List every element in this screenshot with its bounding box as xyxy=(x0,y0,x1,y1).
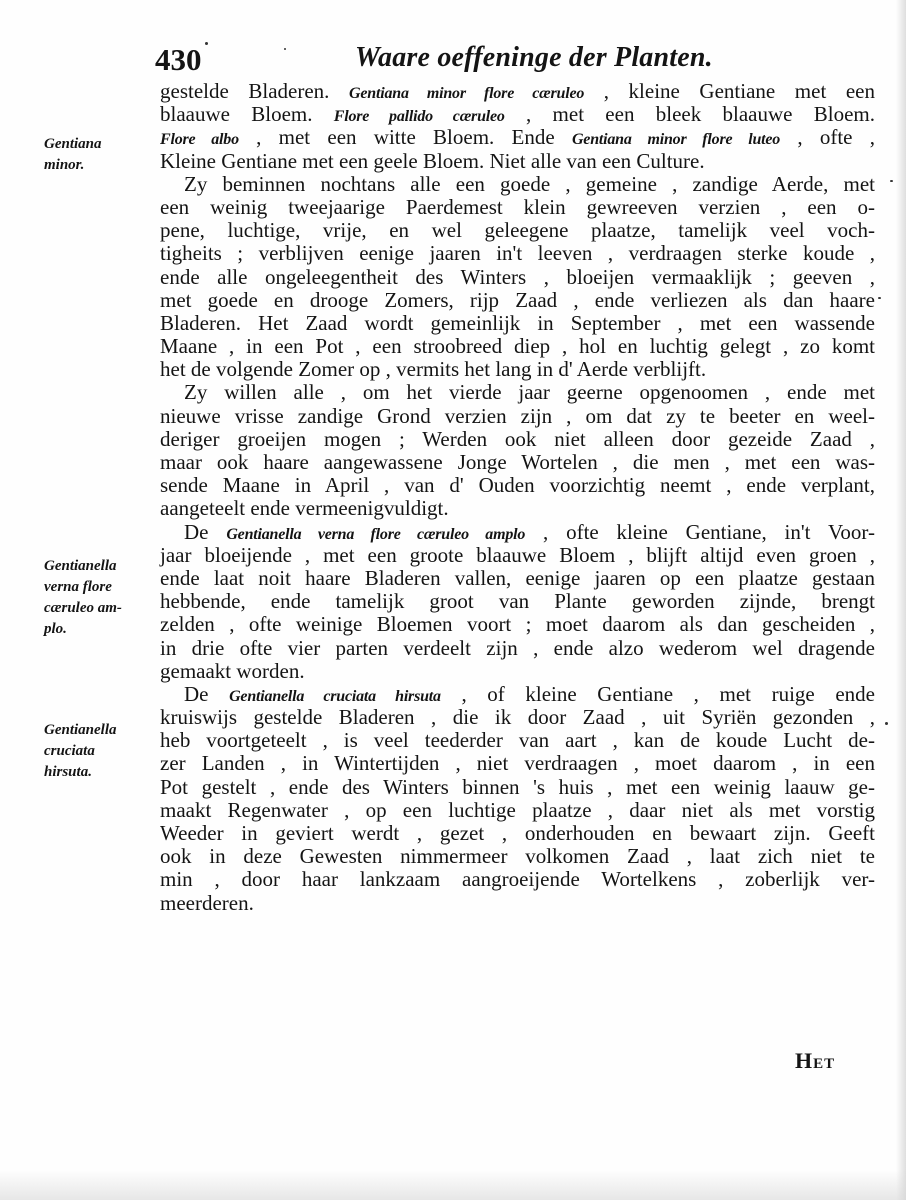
latin-name: Flore albo xyxy=(160,131,239,148)
text-line: gemaakt worden. xyxy=(160,660,875,683)
ink-speck xyxy=(878,297,881,299)
ink-speck xyxy=(885,722,888,725)
text-run: Weeder in geviert werdt , gezet , onderh… xyxy=(160,821,875,845)
text-run: aangeteelt ende vermeenigvuldigt. xyxy=(160,496,449,520)
text-run: ende laat noit haare Bladeren vallen, ee… xyxy=(160,566,875,590)
text-run: heb voortgeteelt , is veel teederder van… xyxy=(160,728,875,752)
text-run: nieuwe vrisse zandige Grond verzien zijn… xyxy=(160,404,875,428)
text-line: blaauwe Bloem. Flore pallido cæruleo , m… xyxy=(160,103,875,126)
text-run: zer Landen , in Wintertijden , niet verd… xyxy=(160,751,875,775)
text-run: gestelde Bladeren. xyxy=(160,79,349,103)
text-line: maakt Regenwater , op een luchtige plaat… xyxy=(160,799,875,822)
page-number: 430 xyxy=(155,42,202,78)
text-run: een weinig tweejaarige Paerdemest klein … xyxy=(160,195,875,219)
text-run: het de volgende Zomer op , vermits het l… xyxy=(160,357,706,381)
text-line: ende alle ongeleegentheit des Winters , … xyxy=(160,266,875,289)
text-run: , kleine Gentiane met een xyxy=(584,79,875,103)
margin-note-gentiana-minor: Gentiana minor. xyxy=(44,134,154,176)
latin-name: Gentiana minor flore luteo xyxy=(572,131,780,148)
ink-speck xyxy=(205,42,208,45)
text-run: pene, luchtige, vrije, en wel geleegene … xyxy=(160,218,875,242)
text-line: zelden , ofte weinige Bloemen voort ; mo… xyxy=(160,613,875,636)
text-line: min , door haar lankzaam aangroeijende W… xyxy=(160,868,875,891)
text-line: hebbende, ende tamelijk groot van Plante… xyxy=(160,590,875,613)
page-header: 430 Waare oeffeninge der Planten. xyxy=(155,42,895,82)
text-run: deriger groeijen mogen ; Werden ook niet… xyxy=(160,427,875,451)
text-run: , met een witte Bloem. Ende xyxy=(239,125,572,149)
text-run: , of kleine Gentiane , met ruige ende xyxy=(441,682,875,706)
catchword: Het xyxy=(795,1048,835,1074)
text-line: ende laat noit haare Bladeren vallen, ee… xyxy=(160,567,875,590)
margin-note-line: hirsuta. xyxy=(44,762,154,783)
text-run: maakt Regenwater , op een luchtige plaat… xyxy=(160,798,875,822)
text-run: , ofte kleine Gentiane, in't Voor- xyxy=(525,520,875,544)
page-edge-shadow xyxy=(896,0,906,1200)
text-line: meerderen. xyxy=(160,892,875,915)
text-line: sende Maane in April , van d' Ouden voor… xyxy=(160,474,875,497)
text-line: kruiswijs gestelde Bladeren , die ik doo… xyxy=(160,706,875,729)
margin-note-line: Gentianella xyxy=(44,556,154,577)
text-run: maar ook haare aangewassene Jonge Wortel… xyxy=(160,450,875,474)
text-run: ook in deze Gewesten nimmermeer volkomen… xyxy=(160,844,875,868)
text-line: Zy beminnen nochtans alle een goede , ge… xyxy=(160,173,875,196)
text-run: in drie ofte vier parten verdeelt zijn ,… xyxy=(160,636,875,660)
margin-note-line: plo. xyxy=(44,619,154,640)
text-run: Zy willen alle , om het vierde jaar geer… xyxy=(184,380,875,404)
text-run: Maane , in een Pot , een stroobreed diep… xyxy=(160,334,875,358)
text-run: De xyxy=(184,520,226,544)
margin-note-gentianella-verna: Gentianella verna flore cæruleo am- plo. xyxy=(44,556,154,640)
text-line: maar ook haare aangewassene Jonge Wortel… xyxy=(160,451,875,474)
text-line: Bladeren. Het Zaad wordt gemeinlijk in S… xyxy=(160,312,875,335)
text-run: De xyxy=(184,682,229,706)
text-line: gestelde Bladeren. Gentiana minor flore … xyxy=(160,80,875,103)
text-line: aangeteelt ende vermeenigvuldigt. xyxy=(160,497,875,520)
text-line: zer Landen , in Wintertijden , niet verd… xyxy=(160,752,875,775)
ink-speck xyxy=(890,180,893,182)
text-line: Weeder in geviert werdt , gezet , onderh… xyxy=(160,822,875,845)
text-run: gemaakt worden. xyxy=(160,659,305,683)
text-line: jaar bloeijende , met een groote blaauwe… xyxy=(160,544,875,567)
text-run: Bladeren. Het Zaad wordt gemeinlijk in S… xyxy=(160,311,875,335)
margin-note-gentianella-cruciata: Gentianella cruciata hirsuta. xyxy=(44,720,154,783)
latin-name: Gentianella verna flore cæruleo amplo xyxy=(226,526,525,543)
text-run: , ofte , xyxy=(780,125,875,149)
text-line: ook in deze Gewesten nimmermeer volkomen… xyxy=(160,845,875,868)
text-line: Pot gestelt , ende des Winters binnen 's… xyxy=(160,776,875,799)
latin-name: Gentiana minor flore cæruleo xyxy=(349,85,584,102)
latin-name: Flore pallido cæruleo xyxy=(334,108,505,125)
text-run: ende alle ongeleegentheit des Winters , … xyxy=(160,265,875,289)
margin-note-line: cæruleo am- xyxy=(44,598,154,619)
text-run: Pot gestelt , ende des Winters binnen 's… xyxy=(160,775,875,799)
text-line: nieuwe vrisse zandige Grond verzien zijn… xyxy=(160,405,875,428)
text-line: Flore albo , met een witte Bloem. Ende G… xyxy=(160,126,875,149)
book-page: 430 Waare oeffeninge der Planten. Gentia… xyxy=(0,0,906,1200)
text-line: De Gentianella cruciata hirsuta , of kle… xyxy=(160,683,875,706)
text-run: jaar bloeijende , met een groote blaauwe… xyxy=(160,543,875,567)
text-line: tigheits ; verblijven eenige jaaren in't… xyxy=(160,242,875,265)
running-title: Waare oeffeninge der Planten. xyxy=(355,42,713,74)
page-bottom-shadow xyxy=(0,1170,906,1200)
text-line: Maane , in een Pot , een stroobreed diep… xyxy=(160,335,875,358)
text-run: hebbende, ende tamelijk groot van Plante… xyxy=(160,589,875,613)
text-line: De Gentianella verna flore cæruleo amplo… xyxy=(160,521,875,544)
margin-note-line: cruciata xyxy=(44,741,154,762)
margin-note-line: minor. xyxy=(44,155,154,176)
latin-name: Gentianella cruciata hirsuta xyxy=(229,688,441,705)
text-run: kruiswijs gestelde Bladeren , die ik doo… xyxy=(160,705,875,729)
margin-note-line: Gentianella xyxy=(44,720,154,741)
text-line: Kleine Gentiane met een geele Bloem. Nie… xyxy=(160,150,875,173)
text-run: blaauwe Bloem. xyxy=(160,102,334,126)
text-run: zelden , ofte weinige Bloemen voort ; mo… xyxy=(160,612,875,636)
text-run: Kleine Gentiane met een geele Bloem. Nie… xyxy=(160,149,705,173)
text-line: heb voortgeteelt , is veel teederder van… xyxy=(160,729,875,752)
margin-note-line: verna flore xyxy=(44,577,154,598)
text-run: met goede en drooge Zomers, rijp Zaad , … xyxy=(160,288,875,312)
text-line: het de volgende Zomer op , vermits het l… xyxy=(160,358,875,381)
text-run: min , door haar lankzaam aangroeijende W… xyxy=(160,867,875,891)
text-line: een weinig tweejaarige Paerdemest klein … xyxy=(160,196,875,219)
ink-speck xyxy=(284,48,286,50)
text-run: Zy beminnen nochtans alle een goede , ge… xyxy=(184,172,875,196)
text-line: deriger groeijen mogen ; Werden ook niet… xyxy=(160,428,875,451)
text-line: Zy willen alle , om het vierde jaar geer… xyxy=(160,381,875,404)
margin-note-line: Gentiana xyxy=(44,134,154,155)
text-run: , met een bleek blaauwe Bloem. xyxy=(505,102,875,126)
text-line: in drie ofte vier parten verdeelt zijn ,… xyxy=(160,637,875,660)
body-text: gestelde Bladeren. Gentiana minor flore … xyxy=(160,80,875,915)
text-line: met goede en drooge Zomers, rijp Zaad , … xyxy=(160,289,875,312)
text-line: pene, luchtige, vrije, en wel geleegene … xyxy=(160,219,875,242)
text-run: sende Maane in April , van d' Ouden voor… xyxy=(160,473,875,497)
text-run: meerderen. xyxy=(160,891,254,915)
text-run: tigheits ; verblijven eenige jaaren in't… xyxy=(160,241,875,265)
